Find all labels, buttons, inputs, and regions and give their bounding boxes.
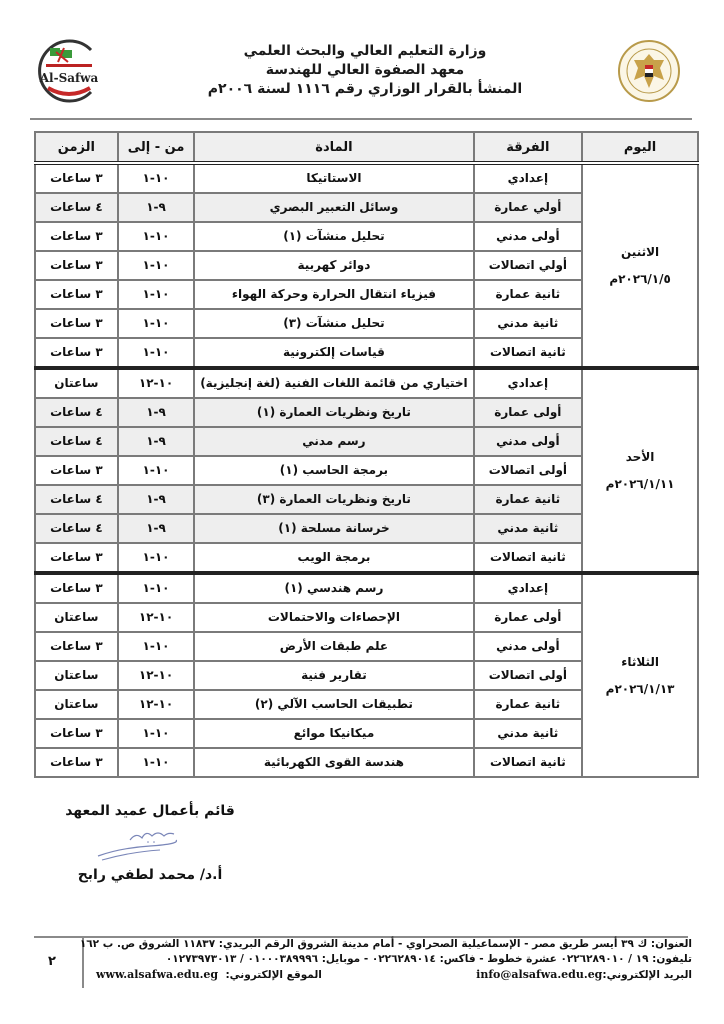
duration-cell: ٣ ساعات <box>35 251 118 280</box>
subject-cell: وسائل التعبير البصري <box>194 193 473 222</box>
website-block: الموقع الإلكتروني: www.alsafwa.edu.eg <box>96 967 322 983</box>
class-cell: ثانية عمارة <box>474 280 583 309</box>
time-cell: ١٠-١ <box>118 456 195 485</box>
exam-schedule-table: اليوم الفرقة المادة من - إلى الزمن الاثن… <box>34 131 699 778</box>
class-cell: إعدادي <box>474 573 583 603</box>
duration-cell: ٤ ساعات <box>35 193 118 222</box>
page-number: ٢ <box>48 954 56 969</box>
duration-cell: ٤ ساعات <box>35 427 118 456</box>
time-cell: ١٠-١ <box>118 338 195 368</box>
subject-cell: تحليل منشآت (١) <box>194 222 473 251</box>
class-cell: أولي عمارة <box>474 193 583 222</box>
duration-cell: ساعتان <box>35 690 118 719</box>
time-cell: ٩-١ <box>118 398 195 427</box>
document-header: Al-Safwa وزارة التعليم العالي والبحث الع… <box>0 0 724 120</box>
website-link[interactable]: www.alsafwa.edu.eg <box>96 968 218 981</box>
svg-text:Al-Safwa: Al-Safwa <box>39 71 99 85</box>
subject-cell: برمجة الويب <box>194 543 473 573</box>
duration-cell: ٣ ساعات <box>35 543 118 573</box>
duration-cell: ٤ ساعات <box>35 398 118 427</box>
duration-cell: ٤ ساعات <box>35 514 118 543</box>
day-date: ٢٠٢٦/١/١٣م <box>583 676 697 703</box>
class-cell: أولى مدني <box>474 632 583 661</box>
day-name: الاثنين <box>583 239 697 266</box>
al-safwa-logo-icon: Al-Safwa <box>36 38 102 104</box>
email-link[interactable]: info@alsafwa.edu.eg <box>476 968 602 981</box>
class-cell: ثانية مدني <box>474 514 583 543</box>
duration-cell: ٤ ساعات <box>35 485 118 514</box>
duration-cell: ٣ ساعات <box>35 748 118 777</box>
subject-cell: رسم مدني <box>194 427 473 456</box>
day-cell: الاثنين ٢٠٢٦/١/٥م <box>582 163 698 368</box>
class-cell: أولى عمارة <box>474 603 583 632</box>
class-cell: ثانية مدني <box>474 309 583 338</box>
email-label: البريد الإلكتروني: <box>602 969 692 981</box>
class-cell: ثانية اتصالات <box>474 543 583 573</box>
time-cell: ١٠-١٢ <box>118 661 195 690</box>
header-time: من - إلى <box>118 132 195 163</box>
time-cell: ١٠-١ <box>118 251 195 280</box>
signatory-name: أ.د/ محمد لطفي رابح <box>60 867 240 883</box>
subject-cell: تاريخ ونظريات العمارة (١) <box>194 398 473 427</box>
class-cell: ثانية اتصالات <box>474 748 583 777</box>
duration-cell: ساعتان <box>35 661 118 690</box>
duration-cell: ٣ ساعات <box>35 280 118 309</box>
duration-cell: ساعتان <box>35 368 118 398</box>
time-cell: ١٠-١ <box>118 309 195 338</box>
subject-cell: دوائر كهربية <box>194 251 473 280</box>
subject-cell: قياسات إلكترونية <box>194 338 473 368</box>
time-cell: ٩-١ <box>118 193 195 222</box>
table-row: الثلاثاء ٢٠٢٦/١/١٣م إعدادي رسم هندسي (١)… <box>35 573 698 603</box>
time-cell: ٩-١ <box>118 514 195 543</box>
duration-cell: ٣ ساعات <box>35 573 118 603</box>
table-row: الأحد ٢٠٢٦/١/١١م إعدادي اختياري من قائمة… <box>35 368 698 398</box>
duration-cell: ساعتان <box>35 603 118 632</box>
subject-cell: الاستاتيكا <box>194 163 473 193</box>
institution-heading: وزارة التعليم العالي والبحث العلمي معهد … <box>150 42 580 99</box>
signature-icon <box>90 826 180 870</box>
subject-cell: تقارير فنية <box>194 661 473 690</box>
duration-cell: ٣ ساعات <box>35 163 118 193</box>
subject-cell: تحليل منشآت (٣) <box>194 309 473 338</box>
address-line: العنوان: ك ٣٩ أيسر طريق مصر - الإسماعيلي… <box>96 937 692 952</box>
day-date: ٢٠٢٦/١/٥م <box>583 266 697 293</box>
subject-cell: الإحصاءات والاحتمالات <box>194 603 473 632</box>
header-divider <box>30 118 692 120</box>
subject-cell: تاريخ ونظريات العمارة (٣) <box>194 485 473 514</box>
subject-cell: ميكانيكا موائع <box>194 719 473 748</box>
duration-cell: ٣ ساعات <box>35 632 118 661</box>
header-duration: الزمن <box>35 132 118 163</box>
signatory-title: قائم بأعمال عميد المعهد <box>60 803 240 819</box>
subject-cell: هندسة القوى الكهربائية <box>194 748 473 777</box>
day-name: الثلاثاء <box>583 649 697 676</box>
email-block: البريد الإلكتروني:info@alsafwa.edu.eg <box>476 967 692 983</box>
header-day: اليوم <box>582 132 698 163</box>
subject-cell: تطبيقات الحاسب الآلي (٢) <box>194 690 473 719</box>
duration-cell: ٣ ساعات <box>35 338 118 368</box>
class-cell: ثانية اتصالات <box>474 338 583 368</box>
duration-cell: ٣ ساعات <box>35 719 118 748</box>
day-name: الأحد <box>583 444 697 471</box>
time-cell: ١٠-١ <box>118 719 195 748</box>
class-cell: ثانية عمارة <box>474 485 583 514</box>
time-cell: ١٠-١ <box>118 573 195 603</box>
class-cell: أولي اتصالات <box>474 251 583 280</box>
class-cell: إعدادي <box>474 163 583 193</box>
class-cell: أولى اتصالات <box>474 661 583 690</box>
class-cell: أولى مدني <box>474 222 583 251</box>
time-cell: ٩-١ <box>118 427 195 456</box>
day-date: ٢٠٢٦/١/١١م <box>583 471 697 498</box>
web-contact-line: البريد الإلكتروني:info@alsafwa.edu.eg ال… <box>96 967 692 983</box>
subject-cell: خرسانة مسلحة (١) <box>194 514 473 543</box>
subject-cell: رسم هندسي (١) <box>194 573 473 603</box>
time-cell: ٩-١ <box>118 485 195 514</box>
class-cell: ثانية مدني <box>474 719 583 748</box>
header-class: الفرقة <box>474 132 583 163</box>
class-cell: أولى اتصالات <box>474 456 583 485</box>
time-cell: ١٠-١٢ <box>118 603 195 632</box>
day-cell: الثلاثاء ٢٠٢٦/١/١٣م <box>582 573 698 777</box>
subject-cell: علم طبقات الأرض <box>194 632 473 661</box>
time-cell: ١٠-١ <box>118 748 195 777</box>
institute-name: معهد الصفوة العالي للهندسة <box>150 61 580 80</box>
decree-line: المنشأ بالقرار الوزاري رقم ١١١٦ لسنة ٢٠٠… <box>150 80 580 99</box>
time-cell: ١٠-١ <box>118 222 195 251</box>
schedule-body: الاثنين ٢٠٢٦/١/٥م إعدادي الاستاتيكا ١٠-١… <box>35 163 698 777</box>
duration-cell: ٣ ساعات <box>35 456 118 485</box>
time-cell: ١٠-١٢ <box>118 368 195 398</box>
table-row: الاثنين ٢٠٢٦/١/٥م إعدادي الاستاتيكا ١٠-١… <box>35 163 698 193</box>
header-subject: المادة <box>194 132 473 163</box>
duration-cell: ٣ ساعات <box>35 222 118 251</box>
time-cell: ١٠-١٢ <box>118 690 195 719</box>
day-cell: الأحد ٢٠٢٦/١/١١م <box>582 368 698 573</box>
phone-line: تليفون: ١٩ / ٠٢٢٦٢٨٩٠١٠ عشرة خطوط - فاكس… <box>96 952 692 967</box>
class-cell: ثانية عمارة <box>474 690 583 719</box>
subject-cell: فيزياء انتقال الحرارة وحركة الهواء <box>194 280 473 309</box>
ministry-name: وزارة التعليم العالي والبحث العلمي <box>150 42 580 61</box>
table-header-row: اليوم الفرقة المادة من - إلى الزمن <box>35 132 698 163</box>
class-cell: أولى عمارة <box>474 398 583 427</box>
time-cell: ١٠-١ <box>118 280 195 309</box>
website-label: الموقع الإلكتروني: <box>225 969 321 981</box>
duration-cell: ٣ ساعات <box>35 309 118 338</box>
subject-cell: اختياري من قائمة اللغات الفنية (لغة إنجل… <box>194 368 473 398</box>
class-cell: أولى مدني <box>474 427 583 456</box>
class-cell: إعدادي <box>474 368 583 398</box>
time-cell: ١٠-١ <box>118 632 195 661</box>
time-cell: ١٠-١ <box>118 543 195 573</box>
subject-cell: برمجة الحاسب (١) <box>194 456 473 485</box>
contact-footer: العنوان: ك ٣٩ أيسر طريق مصر - الإسماعيلي… <box>96 937 692 983</box>
time-cell: ١٠-١ <box>118 163 195 193</box>
ministry-emblem-icon <box>616 38 682 104</box>
